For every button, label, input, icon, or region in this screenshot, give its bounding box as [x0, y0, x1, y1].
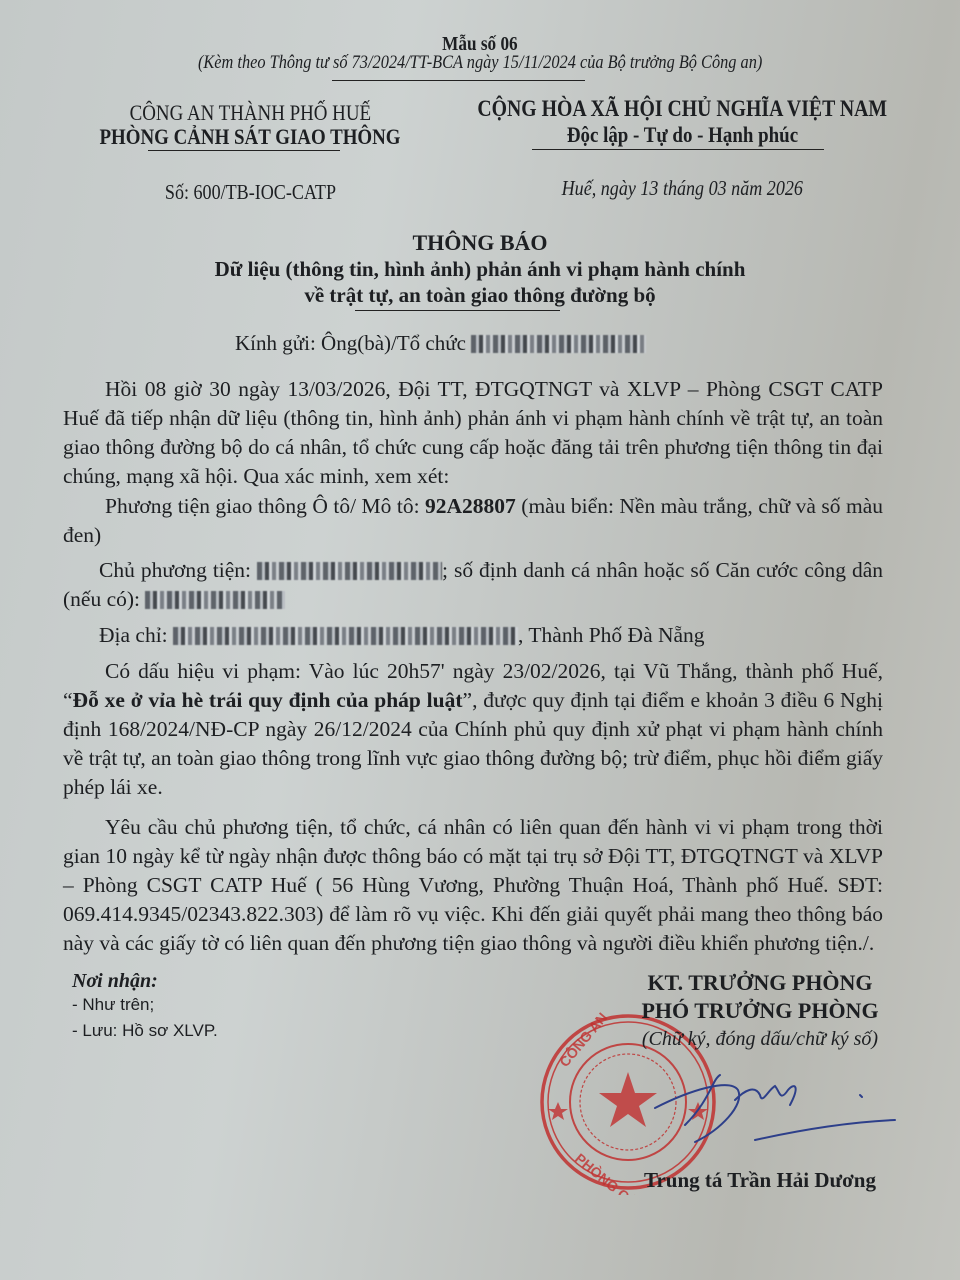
- receiver-item: - Như trên;: [72, 995, 154, 1015]
- form-reference: (Kèm theo Thông tư số 73/2024/TT-BCA ngà…: [0, 52, 960, 74]
- divider: [532, 149, 824, 150]
- license-plate: 92A28807: [425, 494, 516, 518]
- address-label: Địa chỉ:: [99, 623, 173, 647]
- document-number: Số: 600/TB-IOC-CATP: [40, 180, 460, 205]
- signature-position: PHÓ TRƯỞNG PHÒNG: [560, 998, 960, 1024]
- paragraph-violation: Có dấu hiệu vi phạm: Vào lúc 20h57' ngày…: [63, 657, 883, 802]
- redacted-owner-name: [257, 562, 442, 580]
- violation-description: Đỗ xe ở vỉa hè trái quy định của pháp lu…: [73, 688, 463, 712]
- redacted-owner-id: [145, 591, 285, 609]
- redacted-recipient-name: [471, 335, 646, 353]
- signature-note: (Chữ ký, đóng dấu/chữ ký số): [560, 1028, 960, 1051]
- document-subtitle: về trật tự, an toàn giao thông đường bộ: [0, 283, 960, 308]
- paragraph-request: Yêu cầu chủ phương tiện, tổ chức, cá nhâ…: [63, 813, 883, 958]
- receivers-title: Nơi nhận:: [72, 970, 158, 993]
- document-date: Huế, ngày 13 tháng 03 năm 2026: [432, 176, 932, 201]
- paragraph-vehicle: Phương tiện giao thông Ô tô/ Mô tô: 92A2…: [63, 492, 883, 550]
- address-city: , Thành Phố Đà Nẵng: [518, 623, 705, 647]
- national-motto: Độc lập - Tự do - Hạnh phúc: [432, 122, 932, 148]
- recipient-line: Kính gửi: Ông(bà)/Tổ chức: [235, 331, 646, 356]
- paragraph-address: Địa chỉ: , Thành Phố Đà Nẵng: [63, 621, 883, 650]
- recipient-label: Kính gửi: Ông(bà)/Tổ chức: [235, 331, 471, 355]
- divider: [148, 150, 340, 151]
- national-title: CỘNG HÒA XÃ HỘI CHỦ NGHĨA VIỆT NAM: [432, 96, 932, 122]
- receiver-item: - Lưu: Hồ sơ XLVP.: [72, 1021, 218, 1041]
- signature-authority: KT. TRƯỞNG PHÒNG: [560, 970, 960, 996]
- divider: [332, 80, 585, 81]
- owner-label: Chủ phương tiện:: [99, 558, 257, 582]
- paragraph-intake: Hồi 08 giờ 30 ngày 13/03/2026, Đội TT, Đ…: [63, 375, 883, 491]
- divider: [355, 310, 560, 311]
- document-subtitle: Dữ liệu (thông tin, hình ảnh) phản ánh v…: [0, 257, 960, 282]
- agency-parent: CÔNG AN THÀNH PHỐ HUẾ: [40, 100, 460, 126]
- paragraph-owner: Chủ phương tiện: ; số định danh cá nhân …: [63, 556, 883, 614]
- handwritten-signature-icon: [650, 1060, 900, 1150]
- signer-name: Trung tá Trần Hải Dương: [560, 1168, 960, 1193]
- agency-name: PHÒNG CẢNH SÁT GIAO THÔNG: [40, 124, 460, 150]
- redacted-address: [173, 627, 518, 645]
- document-title: THÔNG BÁO: [0, 230, 960, 256]
- vehicle-label: Phương tiện giao thông Ô tô/ Mô tô:: [105, 494, 425, 518]
